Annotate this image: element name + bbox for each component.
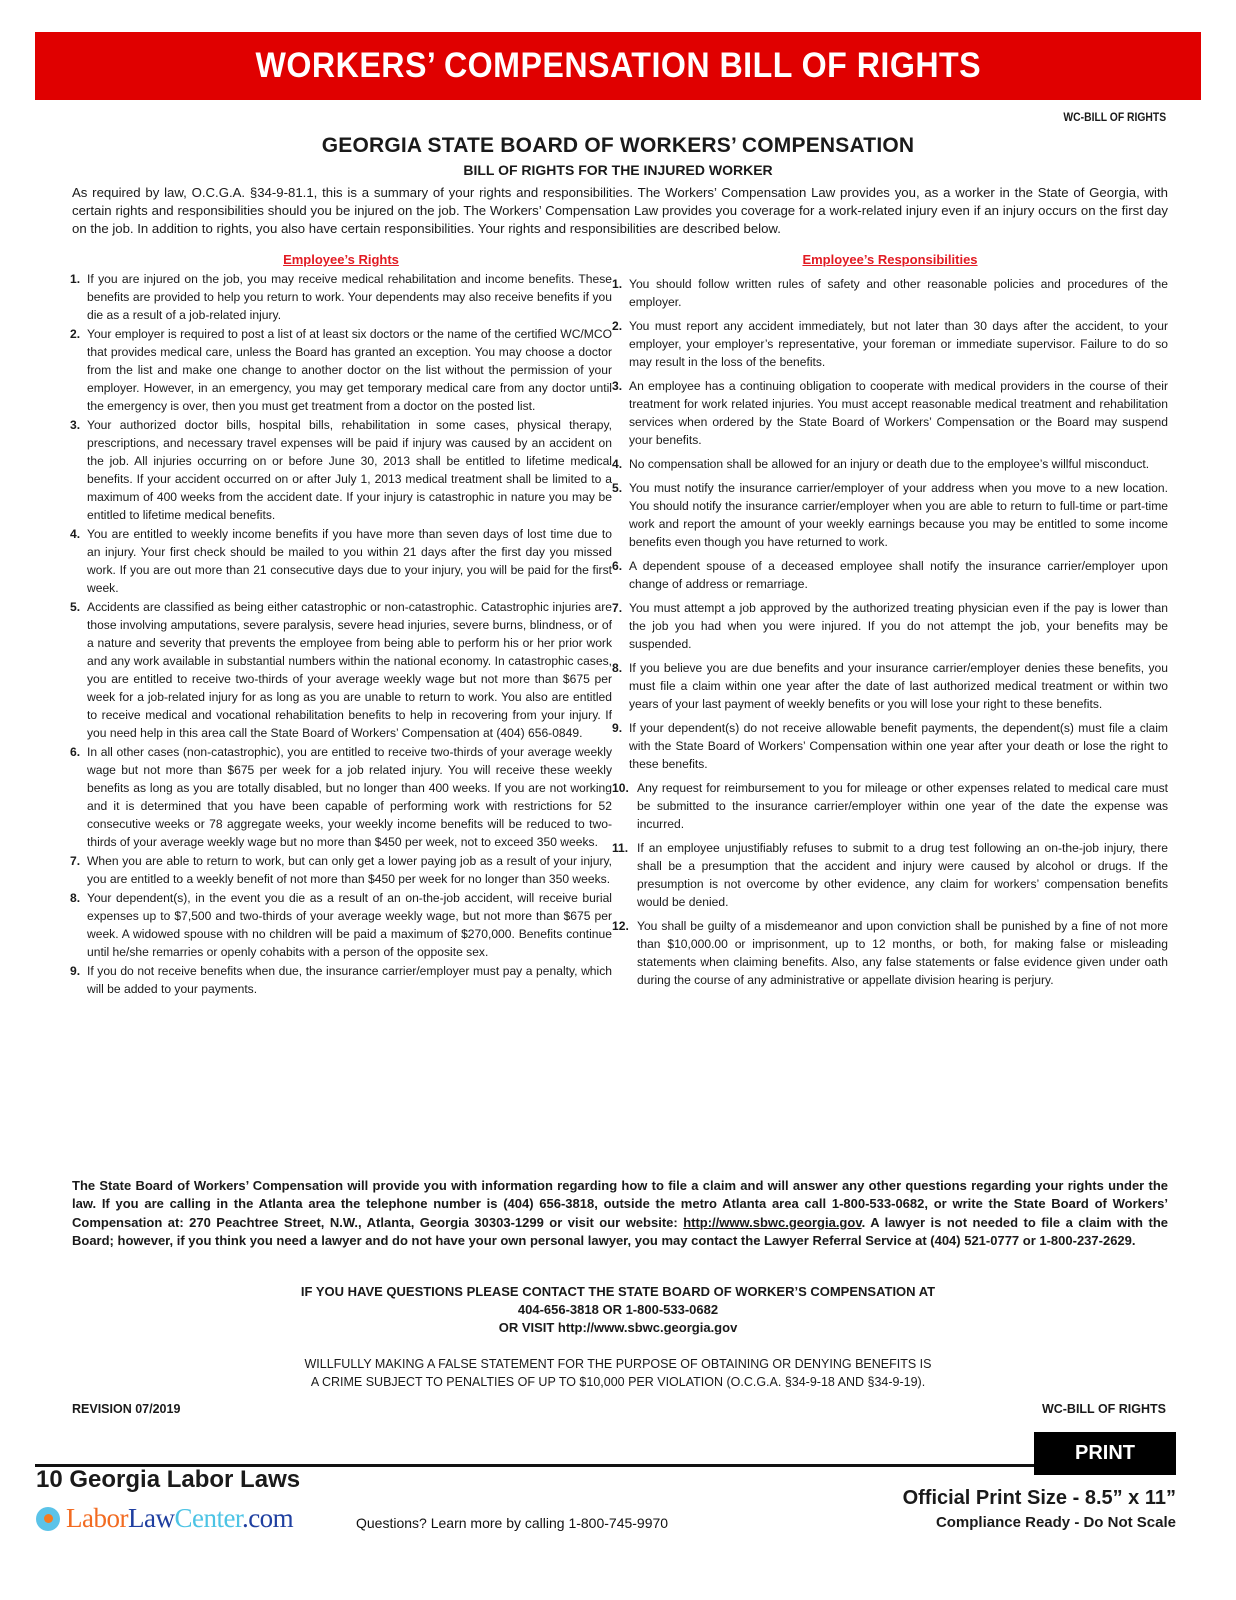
item-number: 8. bbox=[70, 889, 87, 961]
list-item: 5.Accidents are classified as being eith… bbox=[70, 598, 612, 742]
rights-heading: Employee’s Rights bbox=[70, 252, 612, 267]
intro-paragraph: As required by law, O.C.G.A. §34-9-81.1,… bbox=[72, 184, 1168, 238]
list-item: 8.Your dependent(s), in the event you di… bbox=[70, 889, 612, 961]
item-number: 3. bbox=[70, 416, 87, 524]
print-button[interactable]: PRINT bbox=[1034, 1432, 1176, 1475]
false-statement-warning: WILLFULLY MAKING A FALSE STATEMENT FOR T… bbox=[0, 1355, 1236, 1391]
item-text: If an employee unjustifiably refuses to … bbox=[637, 839, 1168, 911]
item-number: 1. bbox=[612, 275, 629, 311]
item-text: In all other cases (non-catastrophic), y… bbox=[87, 743, 612, 851]
list-item: 9.If you do not receive benefits when du… bbox=[70, 962, 612, 998]
item-text: If you are injured on the job, you may r… bbox=[87, 270, 612, 324]
page-title: GEORGIA STATE BOARD OF WORKERS’ COMPENSA… bbox=[0, 134, 1236, 158]
list-item: 3.An employee has a continuing obligatio… bbox=[612, 377, 1168, 449]
contact-paragraph: The State Board of Workers’ Compensation… bbox=[72, 1177, 1168, 1251]
list-item: 7.When you are able to return to work, b… bbox=[70, 852, 612, 888]
responsibilities-heading: Employee’s Responsibilities bbox=[612, 252, 1168, 267]
item-text: An employee has a continuing obligation … bbox=[629, 377, 1168, 449]
item-number: 9. bbox=[612, 719, 629, 773]
notice-line-1: IF YOU HAVE QUESTIONS PLEASE CONTACT THE… bbox=[0, 1283, 1236, 1301]
item-number: 1. bbox=[70, 270, 87, 324]
item-text: If you believe you are due benefits and … bbox=[629, 659, 1168, 713]
item-text: You should follow written rules of safet… bbox=[629, 275, 1168, 311]
doc-code-bottom: WC-BILL OF RIGHTS bbox=[1042, 1402, 1166, 1416]
item-text: You must notify the insurance carrier/em… bbox=[629, 479, 1168, 551]
compliance-note: Compliance Ready - Do Not Scale bbox=[936, 1514, 1176, 1531]
list-item: 5.You must notify the insurance carrier/… bbox=[612, 479, 1168, 551]
item-text: When you are able to return to work, but… bbox=[87, 852, 612, 888]
item-number: 11. bbox=[612, 839, 637, 911]
rights-list: 1.If you are injured on the job, you may… bbox=[70, 270, 612, 998]
list-item: 8.If you believe you are due benefits an… bbox=[612, 659, 1168, 713]
list-item: 4.No compensation shall be allowed for a… bbox=[612, 455, 1168, 473]
banner-title: WORKERS’ COMPENSATION BILL OF RIGHTS bbox=[255, 46, 981, 86]
item-number: 4. bbox=[612, 455, 629, 473]
questions-phone-text: Questions? Learn more by calling 1-800-7… bbox=[356, 1515, 668, 1531]
page-subtitle: BILL OF RIGHTS FOR THE INJURED WORKER bbox=[0, 162, 1236, 178]
item-number: 12. bbox=[612, 917, 637, 989]
item-text: If you do not receive benefits when due,… bbox=[87, 962, 612, 998]
list-item: 1.If you are injured on the job, you may… bbox=[70, 270, 612, 324]
item-text: Any request for reimbursement to you for… bbox=[637, 779, 1168, 833]
official-print-size: Official Print Size - 8.5” x 11” bbox=[903, 1487, 1176, 1510]
doc-code-top: WC-BILL OF RIGHTS bbox=[1063, 112, 1166, 124]
item-number: 6. bbox=[612, 557, 629, 593]
list-item: 3.Your authorized doctor bills, hospital… bbox=[70, 416, 612, 524]
list-item: 11.If an employee unjustifiably refuses … bbox=[612, 839, 1168, 911]
website-link[interactable]: http://www.sbwc.georgia.gov bbox=[683, 1215, 861, 1230]
list-item: 2.You must report any accident immediate… bbox=[612, 317, 1168, 371]
revision-label: REVISION 07/2019 bbox=[72, 1402, 180, 1416]
list-item: 6.A dependent spouse of a deceased emplo… bbox=[612, 557, 1168, 593]
item-number: 9. bbox=[70, 962, 87, 998]
list-item: 2.Your employer is required to post a li… bbox=[70, 325, 612, 415]
item-text: Your dependent(s), in the event you die … bbox=[87, 889, 612, 961]
item-text: You must attempt a job approved by the a… bbox=[629, 599, 1168, 653]
item-text: You are entitled to weekly income benefi… bbox=[87, 525, 612, 597]
list-item: 4.You are entitled to weekly income bene… bbox=[70, 525, 612, 597]
responsibilities-column: Employee’s Responsibilities 1.You should… bbox=[612, 252, 1168, 995]
item-text: You shall be guilty of a misdemeanor and… bbox=[637, 917, 1168, 989]
item-text: Your authorized doctor bills, hospital b… bbox=[87, 416, 612, 524]
notice-line-2: 404-656-3818 OR 1-800-533-0682 bbox=[0, 1301, 1236, 1319]
title-banner: WORKERS’ COMPENSATION BILL OF RIGHTS bbox=[35, 32, 1201, 100]
item-number: 8. bbox=[612, 659, 629, 713]
item-number: 7. bbox=[612, 599, 629, 653]
list-item: 9.If your dependent(s) do not receive al… bbox=[612, 719, 1168, 773]
item-number: 4. bbox=[70, 525, 87, 597]
contact-notice: IF YOU HAVE QUESTIONS PLEASE CONTACT THE… bbox=[0, 1283, 1236, 1337]
item-number: 10. bbox=[612, 779, 637, 833]
list-item: 10.Any request for reimbursement to you … bbox=[612, 779, 1168, 833]
item-text: Your employer is required to post a list… bbox=[87, 325, 612, 415]
warning-line-2: A CRIME SUBJECT TO PENALTIES OF UP TO $1… bbox=[0, 1373, 1236, 1391]
responsibilities-list: 1.You should follow written rules of saf… bbox=[612, 275, 1168, 989]
item-number: 5. bbox=[70, 598, 87, 742]
logo-text: LaborLawCenter.com bbox=[66, 1503, 293, 1534]
notice-line-3: OR VISIT http://www.sbwc.georgia.gov bbox=[0, 1319, 1236, 1337]
item-text: You must report any accident immediately… bbox=[629, 317, 1168, 371]
list-item: 12.You shall be guilty of a misdemeanor … bbox=[612, 917, 1168, 989]
item-number: 7. bbox=[70, 852, 87, 888]
item-number: 3. bbox=[612, 377, 629, 449]
footer-page-title: 10 Georgia Labor Laws bbox=[36, 1466, 300, 1494]
rights-column: Employee’s Rights 1.If you are injured o… bbox=[70, 252, 612, 999]
list-item: 1.You should follow written rules of saf… bbox=[612, 275, 1168, 311]
item-text: A dependent spouse of a deceased employe… bbox=[629, 557, 1168, 593]
item-number: 2. bbox=[612, 317, 629, 371]
warning-line-1: WILLFULLY MAKING A FALSE STATEMENT FOR T… bbox=[0, 1355, 1236, 1373]
item-number: 2. bbox=[70, 325, 87, 415]
item-text: Accidents are classified as being either… bbox=[87, 598, 612, 742]
item-text: If your dependent(s) do not receive allo… bbox=[629, 719, 1168, 773]
list-item: 7.You must attempt a job approved by the… bbox=[612, 599, 1168, 653]
item-number: 5. bbox=[612, 479, 629, 551]
item-number: 6. bbox=[70, 743, 87, 851]
logo-circle-icon bbox=[36, 1507, 60, 1531]
list-item: 6.In all other cases (non-catastrophic),… bbox=[70, 743, 612, 851]
laborlawcenter-logo[interactable]: LaborLawCenter.com bbox=[36, 1503, 293, 1534]
item-text: No compensation shall be allowed for an … bbox=[629, 455, 1168, 473]
